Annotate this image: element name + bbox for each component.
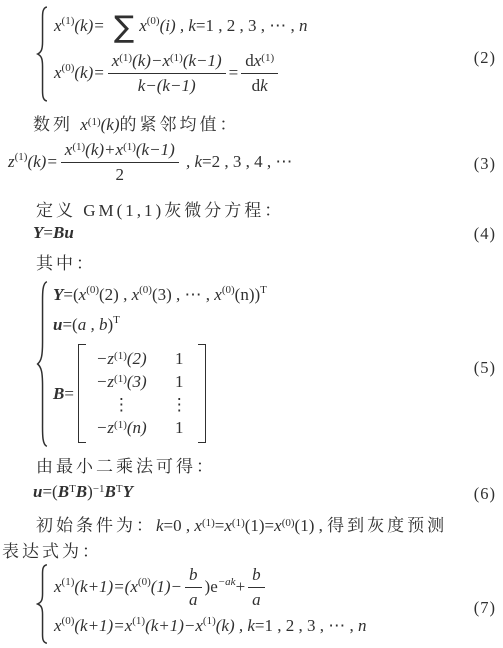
math-text: (k) <box>101 115 120 134</box>
paragraph-neighbor-mean: 数列 x(1)(k)的紧邻均值： <box>33 110 240 135</box>
euler-e: e <box>210 577 218 597</box>
eq5-lines: Y=(x(0)(2) , x(0)(3) , ⋯ , x(0)(n))T u=(… <box>53 280 267 448</box>
vector-Y: Y <box>123 482 133 501</box>
superscript: (0) <box>139 284 152 296</box>
math-text: (k)= <box>74 63 104 83</box>
matrix-cell: 1 <box>175 372 184 392</box>
vdots-icon: ⋮ <box>113 395 130 414</box>
matrix-bracket-right <box>198 344 206 443</box>
superscript: (1) <box>114 373 127 385</box>
inverse-superscript: −1 <box>93 483 105 495</box>
equation-7: x(1)(k+1)=(x(0)(1)−ba)e−ak+ba x(0)(k+1)=… <box>36 564 367 644</box>
equation-number: (4) <box>474 224 496 244</box>
math-text: (2) , <box>99 285 132 305</box>
summation-icon: ∑ <box>114 14 134 41</box>
math-variable: n <box>358 616 367 636</box>
math-variable: x <box>125 616 133 636</box>
vector-Y: Y <box>33 223 43 242</box>
superscript: (1) <box>232 517 245 529</box>
fraction: x(1)(k)−x(1)(k−1)k−(k−1) <box>108 51 226 94</box>
superscript: (0) <box>222 284 235 296</box>
matrix-B: B <box>76 482 87 501</box>
superscript: (1) <box>15 151 28 163</box>
matrix-grid: −z(1)(2)1 −z(1)(3)1 ⋮⋮ −z(1)(n)1 <box>86 344 198 443</box>
eq7-line2: x(0)(k+1)=x(1)(k+1)−x(1)(k) , k=1 , 2 , … <box>54 610 367 642</box>
chinese-text: 得到灰度预测 <box>327 516 447 535</box>
math-text: (k)= <box>74 16 109 36</box>
math-variable: x <box>54 16 62 36</box>
math-text: =( <box>62 315 77 335</box>
superscript: (0) <box>282 517 295 529</box>
math-text: (k−1) <box>183 51 222 70</box>
transpose-superscript: T <box>260 284 267 296</box>
document-page: x(1)(k)= ∑x(0)(i) , k=1 , 2 , 3 , ⋯ , n … <box>0 0 503 648</box>
superscript: (1) <box>261 52 274 64</box>
vector-u: u <box>53 315 62 335</box>
math-variable: x <box>139 16 147 36</box>
superscript: (1) <box>119 52 132 64</box>
math-variable: x <box>162 51 170 70</box>
math-variable: z <box>8 152 15 172</box>
math-text: , k <box>182 152 202 172</box>
superscript: (1) <box>114 350 127 362</box>
matrix-cell: −z(1)(n) <box>96 418 147 438</box>
superscript: (1) <box>114 419 127 431</box>
equation-number: (3) <box>474 154 496 174</box>
superscript: (1) <box>202 517 215 529</box>
vector-Bu: Bu <box>53 223 74 242</box>
equation-number: (5) <box>474 358 496 378</box>
equals-sign: = <box>43 223 53 242</box>
chinese-text: 初始条件为： <box>36 516 156 535</box>
superscript: (1) <box>72 141 85 153</box>
superscript: (1) <box>203 615 216 627</box>
math-text: (k−1) <box>136 140 175 159</box>
equation-3: z(1)(k)=x(1)(k)+x(1)(k−1)2 , k=2 , 3 , 4… <box>8 138 292 186</box>
math-text: (1) , <box>295 516 328 535</box>
fraction: ba <box>248 565 265 608</box>
exponent-superscript: −ak <box>218 576 236 588</box>
matrix-B-body: −z(1)(2)1 −z(1)(3)1 ⋮⋮ −z(1)(n)1 <box>78 344 206 443</box>
math-text: (3) <box>127 372 147 391</box>
matrix-vdots: ⋮ <box>113 395 130 415</box>
matrix-cell: −z(1)(3) <box>96 372 147 392</box>
matrix-bracket-left <box>78 344 86 443</box>
equation-number: (2) <box>474 48 496 68</box>
eq5-row-u: u=(a , b)T <box>53 312 267 338</box>
math-text: (1)− <box>151 577 182 597</box>
math-text: =0 , <box>164 516 195 535</box>
math-variable: x <box>224 516 232 535</box>
chinese-text: 数列 <box>33 115 80 134</box>
math-text: −z <box>96 349 114 368</box>
math-variable: x <box>195 616 203 636</box>
superscript: (1) <box>62 15 75 27</box>
fraction-numerator: b <box>185 565 202 587</box>
math-variable: x <box>132 285 140 305</box>
equation-6: u=(BTB)−1BTY <box>33 482 133 502</box>
fraction-numerator: x(1)(k)+x(1)(k−1) <box>61 140 179 162</box>
paragraph-expression-label: 表达式为： <box>2 537 102 562</box>
transpose-superscript: T <box>116 483 123 495</box>
math-variable: x <box>116 140 124 159</box>
math-variable: x <box>214 285 222 305</box>
math-text: (3) , ⋯ , <box>152 285 214 305</box>
eq2-line1: x(1)(k)= ∑x(0)(i) , k=1 , 2 , 3 , ⋯ , n <box>54 6 308 46</box>
math-text: d <box>245 51 254 70</box>
eq7-line1: x(1)(k+1)=(x(0)(1)−ba)e−ak+ba <box>54 564 367 610</box>
matrix-cell: −z(1)(2) <box>96 349 147 369</box>
chinese-text: 的紧邻均值： <box>120 115 240 134</box>
paragraph-least-squares: 由最小二乘法可得： <box>36 452 216 477</box>
equation-number: (7) <box>474 598 496 618</box>
plus-sign: + <box>236 577 246 597</box>
left-brace <box>36 564 48 644</box>
math-text: −z <box>96 418 114 437</box>
superscript: (0) <box>86 284 99 296</box>
math-text: =1 , 2 , 3 , ⋯ , <box>255 616 358 636</box>
math-text: (k)+ <box>85 140 115 159</box>
fraction-denominator: a <box>248 588 265 609</box>
left-brace <box>36 280 48 448</box>
superscript: (1) <box>62 576 75 588</box>
fraction-numerator: dx(1) <box>241 51 278 73</box>
math-text: =( <box>63 285 78 305</box>
superscript: (0) <box>62 62 75 74</box>
superscript: (0) <box>62 615 75 627</box>
math-text: (k)− <box>132 51 162 70</box>
math-variable: x <box>130 577 138 597</box>
fraction-denominator: k−(k−1) <box>134 74 200 95</box>
fraction-denominator: a <box>185 588 202 609</box>
math-text: d <box>252 76 261 95</box>
math-text: (k+1)=( <box>74 577 130 597</box>
math-text: =2 , 3 , 4 , ⋯ <box>202 152 292 172</box>
matrix-vdots: ⋮ <box>171 395 188 415</box>
math-text: (i) , k <box>160 16 196 36</box>
matrix-B: B <box>58 482 69 501</box>
matrix-cell: 1 <box>175 418 184 438</box>
math-text: a , b <box>78 315 108 335</box>
paragraph-where: 其中： <box>36 249 96 274</box>
fraction-numerator: x(1)(k)−x(1)(k−1) <box>108 51 226 73</box>
math-text: (k+1)− <box>145 616 195 636</box>
math-variable: x <box>54 616 62 636</box>
superscript: (1) <box>88 116 101 128</box>
equation-2: x(1)(k)= ∑x(0)(i) , k=1 , 2 , 3 , ⋯ , n … <box>36 6 308 102</box>
paragraph-define-gm: 定义 GM(1,1)灰微分方程： <box>36 196 284 221</box>
math-text: =( <box>42 482 57 501</box>
math-text: =1 , 2 , 3 , ⋯ , <box>196 16 299 36</box>
eq5-row-B: B= −z(1)(2)1 −z(1)(3)1 ⋮⋮ −z(1)(n)1 <box>53 344 267 443</box>
vector-Y: Y <box>53 285 63 305</box>
fraction: dx(1)dk <box>241 51 278 94</box>
paragraph-initial-condition: 初始条件为：k=0 , x(1)=x(1)(1)=x(0)(1) , 得到灰度预… <box>36 511 447 536</box>
equals-sign: = <box>229 63 239 83</box>
math-text: (n) <box>127 418 147 437</box>
math-variable: x <box>80 115 88 134</box>
math-text: ) <box>87 482 93 501</box>
fraction: ba <box>185 565 202 608</box>
fraction-denominator: 2 <box>112 163 129 184</box>
superscript: (0) <box>147 15 160 27</box>
matrix-B: B <box>53 384 64 404</box>
math-variable: k <box>156 516 164 535</box>
fraction-numerator: b <box>248 565 265 587</box>
left-brace <box>36 6 48 102</box>
math-text: (k) , k <box>216 616 255 636</box>
math-text: (k)= <box>27 152 57 172</box>
matrix-cell: 1 <box>175 349 184 369</box>
superscript: (1) <box>123 141 136 153</box>
superscript: (1) <box>132 615 145 627</box>
equation-number: (6) <box>474 484 496 504</box>
fraction-denominator: dk <box>248 74 272 95</box>
math-text: (2) <box>127 349 147 368</box>
math-text: (k+1)= <box>74 616 124 636</box>
transpose-superscript: T <box>69 483 76 495</box>
eq5-row-Y: Y=(x(0)(2) , x(0)(3) , ⋯ , x(0)(n))T <box>53 282 267 308</box>
math-variable: x <box>194 516 202 535</box>
math-variable: x <box>54 577 62 597</box>
equation-5: Y=(x(0)(2) , x(0)(3) , ⋯ , x(0)(n))T u=(… <box>36 280 267 448</box>
math-text: (n)) <box>235 285 260 305</box>
math-variable: x <box>79 285 87 305</box>
math-variable: x <box>274 516 282 535</box>
math-text: −z <box>96 372 114 391</box>
math-variable: x <box>54 63 62 83</box>
fraction: x(1)(k)+x(1)(k−1)2 <box>61 140 179 183</box>
eq2-line2: x(0)(k)=x(1)(k)−x(1)(k−1)k−(k−1)=dx(1)dk <box>54 46 308 100</box>
superscript: (0) <box>138 576 151 588</box>
transpose-superscript: T <box>113 314 120 326</box>
eq2-lines: x(1)(k)= ∑x(0)(i) , k=1 , 2 , 3 , ⋯ , n … <box>54 6 308 102</box>
math-variable: n <box>299 16 308 36</box>
eq7-lines: x(1)(k+1)=(x(0)(1)−ba)e−ak+ba x(0)(k+1)=… <box>54 564 367 644</box>
matrix-B: B <box>105 482 116 501</box>
math-variable: k <box>260 76 268 95</box>
equation-4: Y=Bu <box>33 223 74 243</box>
math-text: = <box>215 516 225 535</box>
equals-sign: = <box>64 384 74 404</box>
math-text: (1)= <box>245 516 274 535</box>
superscript: (1) <box>170 52 183 64</box>
